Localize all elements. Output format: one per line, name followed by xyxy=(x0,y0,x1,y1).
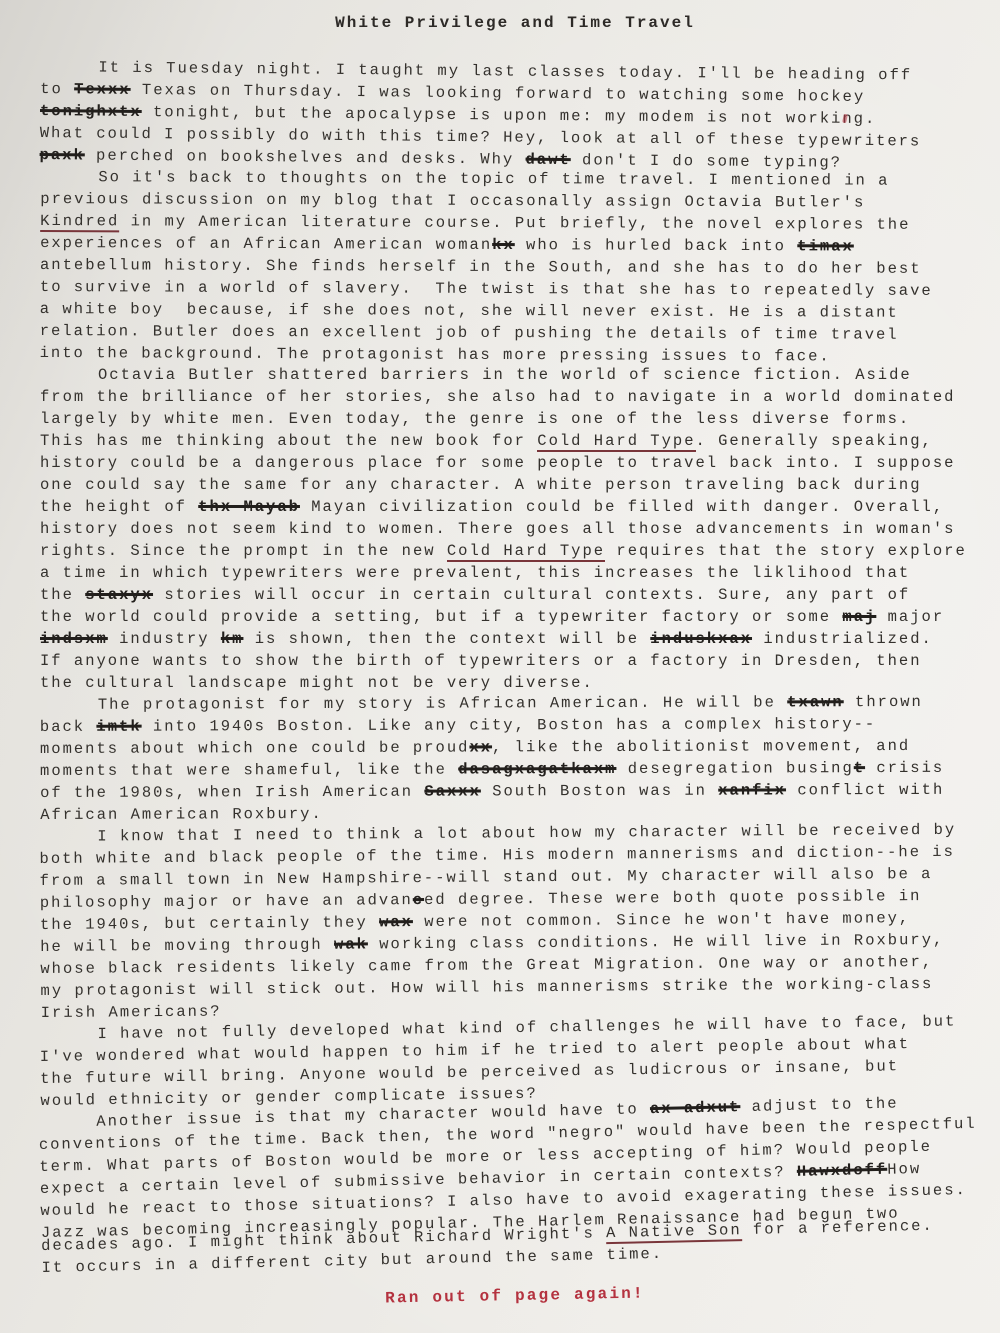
typed-line: history could be a dangerous place for s… xyxy=(40,452,990,474)
text-run: of the 1980s, when Irish American xyxy=(40,783,424,802)
paragraph: Another issue is that my character would… xyxy=(38,1090,992,1279)
text-run: rights. Since the prompt in the new xyxy=(40,542,447,560)
struck-out-text: thx Mayab xyxy=(198,498,300,516)
text-run: back xyxy=(40,718,97,736)
book-title: Kindred xyxy=(40,212,119,232)
struck-out-text: xx xyxy=(469,738,492,756)
typed-line: rights. Since the prompt in the new Cold… xyxy=(40,540,990,562)
book-title: Cold Hard Type xyxy=(447,542,605,562)
paragraph: It is Tuesday night. I taught my last cl… xyxy=(39,56,990,175)
text-run: How xyxy=(887,1160,921,1179)
typed-line: history does not seem kind to women. The… xyxy=(40,518,990,540)
struck-out-text: t xyxy=(854,759,865,777)
struck-out-text: staxyx xyxy=(85,586,153,604)
text-run: If anyone wants to show the birth of typ… xyxy=(40,652,922,670)
typed-line: the staxyx stories will occur in certain… xyxy=(40,584,990,606)
text-run: one could say the same for any character… xyxy=(40,476,922,494)
text-run: conflict with xyxy=(786,781,944,800)
text-run: is shown, then the context will be xyxy=(243,630,650,648)
text-run: . Generally speaking, xyxy=(696,432,933,450)
paragraph: The protagonist for my story is African … xyxy=(40,691,990,826)
text-run: history does not seem kind to women. The… xyxy=(40,520,955,538)
text-run: South Boston was in xyxy=(481,782,718,801)
text-run: into the background. The protagonist has… xyxy=(40,344,831,365)
text-run: a white boy because, if she does not, sh… xyxy=(40,300,899,322)
text-run: philosophy major or have an advan xyxy=(40,891,413,912)
text-run: relation. Butler does an excellent job o… xyxy=(40,322,899,344)
text-run: previous discussion on my blog that I oc… xyxy=(40,190,865,212)
text-run: the xyxy=(40,586,85,604)
struck-out-text: c xyxy=(413,891,424,909)
typed-line: largely by white men. Even today, the ge… xyxy=(40,408,990,430)
struck-out-text: Hawxdoff xyxy=(797,1161,888,1181)
struck-out-text: ax adxut xyxy=(650,1098,741,1118)
text-run: moments that were shameful, like the xyxy=(40,761,458,780)
text-run: into 1940s Boston. Like any city, Boston… xyxy=(142,715,877,736)
paragraph: Octavia Butler shattered barriers in the… xyxy=(40,364,990,694)
struck-out-text: wax xyxy=(379,913,413,931)
text-run: the world could provide a setting, but i… xyxy=(40,608,842,626)
struck-out-text: tonighxtx xyxy=(40,102,142,121)
text-run: antebellum history. She finds herself in… xyxy=(40,256,922,278)
struck-out-text: dawt xyxy=(525,151,570,169)
struck-out-text: maj xyxy=(842,608,876,626)
typed-line: the height of thx Mayab Mayan civilizati… xyxy=(40,496,990,518)
typed-body: It is Tuesday night. I taught my last cl… xyxy=(40,56,990,1279)
struck-out-text: imtk xyxy=(96,718,141,736)
text-run: So it's back to thoughts on the topic of… xyxy=(98,168,889,189)
text-run: in my American literature course. Put br… xyxy=(119,212,910,233)
struck-out-text: indsxm xyxy=(40,630,108,648)
text-run: the 1940s, but certainly they xyxy=(40,913,379,934)
struck-out-text: Saxxx xyxy=(424,782,481,800)
struck-out-text: paxk xyxy=(39,146,84,164)
text-run: Irish Americans? xyxy=(41,1003,222,1022)
typed-line: indsxm industry km is shown, then the co… xyxy=(40,628,990,650)
text-run: industrialized. xyxy=(752,630,933,648)
text-run: The protagonist for my story is African … xyxy=(98,693,787,713)
text-run: to survive in a world of slavery. The tw… xyxy=(40,278,933,300)
struck-out-text: km xyxy=(221,630,244,648)
text-run: who is hurled back into xyxy=(515,236,798,255)
text-run: largely by white men. Even today, the ge… xyxy=(40,410,910,428)
text-run: African American Roxbury. xyxy=(40,805,323,824)
struck-out-text: wak xyxy=(334,935,368,953)
book-title: Cold Hard Type xyxy=(537,432,695,452)
typed-line: one could say the same for any character… xyxy=(40,474,990,496)
text-run: adjust to the xyxy=(740,1095,899,1117)
text-run: history could be a dangerous place for s… xyxy=(40,454,955,472)
text-run: crisis xyxy=(865,759,944,777)
paper-page: White Privilege and Time Travel It is Tu… xyxy=(0,0,1000,1333)
text-run: were not common. Since he won't have mon… xyxy=(413,909,910,931)
page-title: White Privilege and Time Travel xyxy=(40,14,990,32)
text-run: for a reference. xyxy=(741,1217,933,1239)
text-run: he will be moving through xyxy=(40,936,334,956)
text-run: Mayan civilization could be filled with … xyxy=(300,498,944,516)
struck-out-text: dasagxagatkaxm xyxy=(458,760,616,779)
typed-line: into the background. The protagonist has… xyxy=(40,342,990,368)
struck-out-text: Texxx xyxy=(74,80,131,99)
typed-line: a time in which typewriters were prevale… xyxy=(40,562,990,584)
text-run: a time in which typewriters were prevale… xyxy=(40,564,910,582)
text-run: This has me thinking about the new book … xyxy=(40,432,537,450)
paragraph: So it's back to thoughts on the topic of… xyxy=(40,166,991,368)
struck-out-text: xanfix xyxy=(718,781,786,799)
text-run: moments about which one could be proud xyxy=(40,739,470,758)
text-run: desegregation busing xyxy=(616,759,853,778)
text-run: major xyxy=(876,608,944,626)
typed-line: of the 1980s, when Irish American Saxxx … xyxy=(40,779,990,804)
text-run: experiences of an African American woman xyxy=(40,234,492,254)
struck-out-text: timax xyxy=(797,237,854,255)
struck-out-text: induskxax xyxy=(650,630,752,648)
text-run: industry xyxy=(108,630,221,648)
text-run: , like the abolitionist movement, and xyxy=(492,737,910,756)
text-run: ed degree. These were both quote possibl… xyxy=(424,887,921,909)
text-run: perched on bookshelves and desks. Why xyxy=(85,146,526,168)
typed-line: from the brilliance of her stories, she … xyxy=(40,386,990,408)
struck-out-text: kx xyxy=(492,236,515,254)
text-run: to xyxy=(40,80,74,98)
paragraph: I know that I need to think a lot about … xyxy=(39,819,991,1024)
text-run: the height of xyxy=(40,498,198,516)
text-run: thrown xyxy=(844,693,923,711)
struck-out-text: txawn xyxy=(787,693,844,711)
text-run: from the brilliance of her stories, she … xyxy=(40,388,955,406)
overflow-note: Ran out of page again! xyxy=(40,1278,990,1314)
book-title: A Native Son xyxy=(606,1221,742,1244)
typed-line: the world could provide a setting, but i… xyxy=(40,606,990,628)
text-run: working class conditions. He will live i… xyxy=(368,931,945,954)
text-run: Octavia Butler shattered barriers in the… xyxy=(98,366,912,384)
typed-line: If anyone wants to show the birth of typ… xyxy=(40,650,990,672)
typed-line: This has me thinking about the new book … xyxy=(40,430,990,452)
text-run: stories will occur in certain cultural c… xyxy=(153,586,910,604)
text-run: the cultural landscape might not be very… xyxy=(40,674,594,692)
text-run: requires that the story explore xyxy=(605,542,967,560)
